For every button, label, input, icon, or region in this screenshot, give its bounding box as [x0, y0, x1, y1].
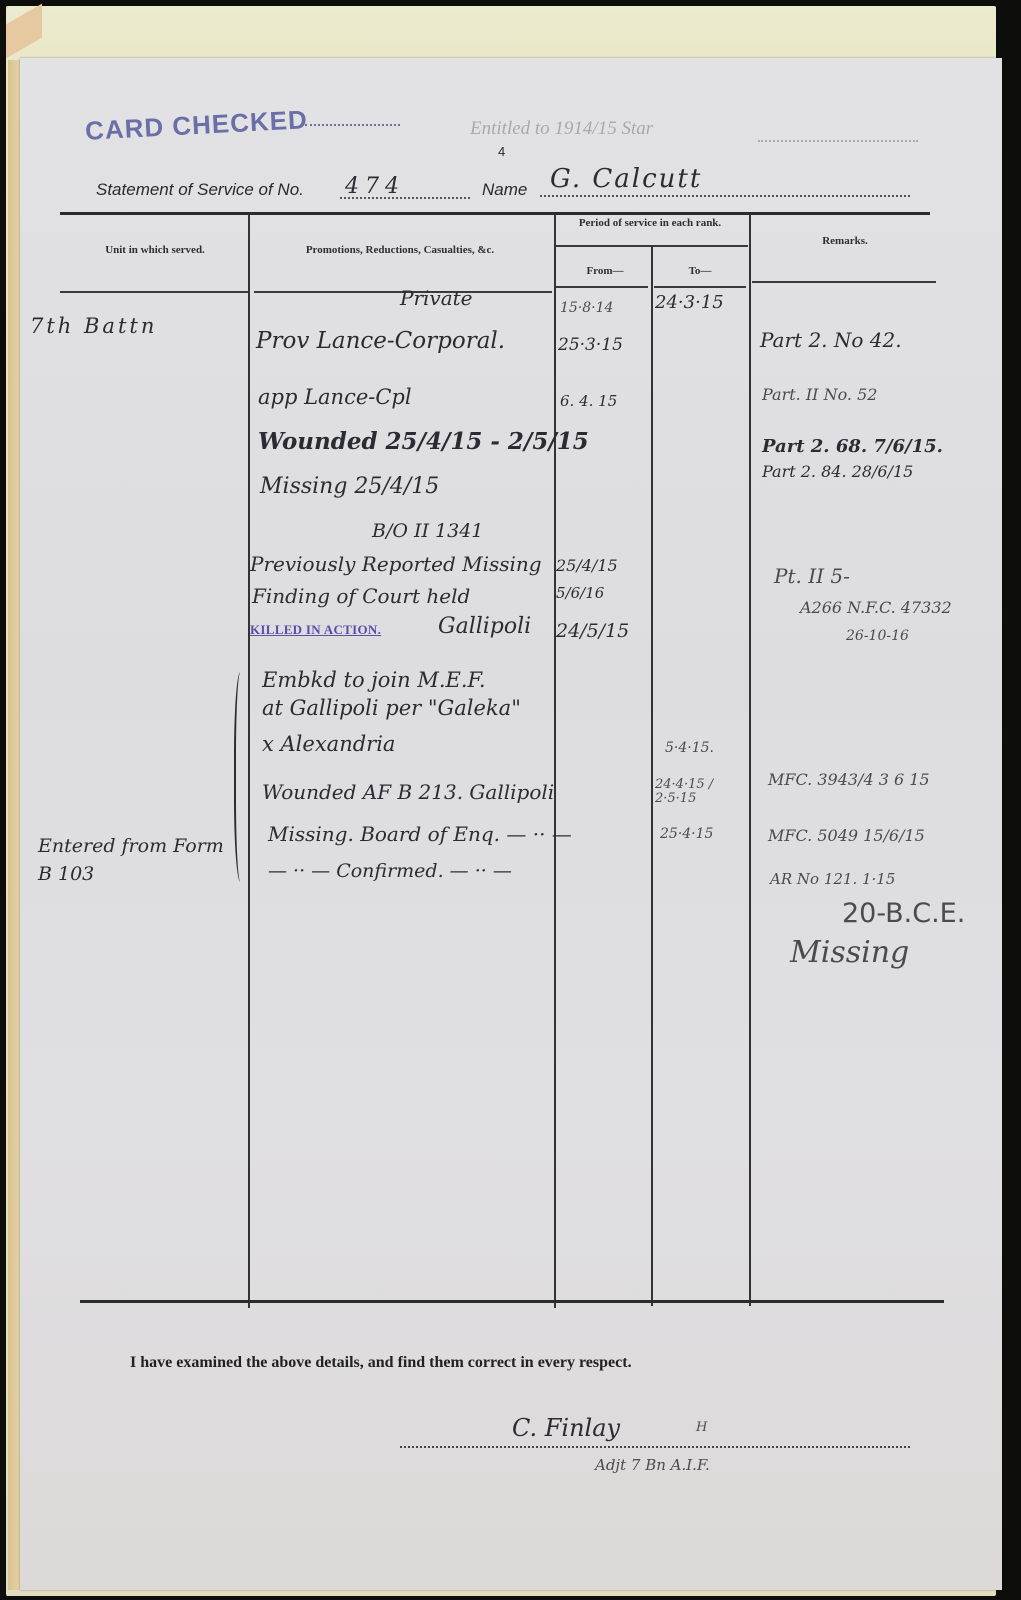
header-bottom-to [654, 286, 746, 288]
remark-ar-no121: AR No 121. 1·15 [770, 870, 895, 888]
col-promotions: Promotions, Reductions, Casualties, &c. [255, 244, 545, 256]
from-app-lance: 6. 4. 15 [560, 392, 617, 410]
entry-confirmed: — ·· — Confirmed. — ·· — [268, 860, 512, 882]
header-bottom-from [556, 286, 648, 288]
entry-at-gallipoli: at Gallipoli per "Galeka" [262, 696, 521, 720]
annotation-bce: 20-B.C.E. [842, 898, 965, 929]
signature-title: Adjt 7 Bn A.I.F. [595, 1456, 710, 1474]
entry-previously-reported: Previously Reported Missing [250, 552, 542, 576]
entry-app-lance-cpl: app Lance-Cpl [258, 385, 412, 409]
service-number-line [340, 197, 470, 199]
from-finding: 5/6/16 [556, 584, 604, 602]
signature-mark: H [696, 1420, 707, 1435]
col-divider-2 [554, 214, 556, 1308]
entitled-label: Entitled to 1914/15 Star [470, 118, 653, 140]
killed-in-action-stamp: KILLED IN ACTION. [250, 622, 381, 638]
header-bottom-left [60, 291, 248, 293]
statement-label: Statement of Service of No. [96, 180, 304, 200]
annotation-missing: Missing [790, 935, 909, 970]
entry-alexandria: x Alexandria [262, 732, 395, 756]
soldier-name: G. Calcutt [550, 164, 702, 194]
card-checked-line [305, 124, 400, 126]
col-remarks: Remarks. [755, 235, 935, 247]
entry-gallipoli: Gallipoli [438, 614, 531, 639]
page-marker: 4 [498, 144, 505, 159]
remark-pt-ii: Pt. II 5- [774, 564, 850, 588]
name-line [540, 195, 910, 197]
from-gallipoli: 24/5/15 [556, 620, 629, 642]
unit-entered-from: Entered from Form B 103 [38, 832, 238, 888]
header-bottom-remarks [752, 281, 936, 283]
remark-part2-84: Part 2. 84. 28/6/15 [762, 462, 913, 481]
entry-missing-board: Missing. Board of Enq. — ·· — [268, 822, 572, 846]
remark-part2-no42: Part 2. No 42. [760, 328, 902, 352]
col-period: Period of service in each rank. [560, 217, 740, 230]
remark-nfc-47332: A266 N.F.C. 47332 [800, 598, 952, 617]
table-top-rule [60, 212, 930, 215]
remark-date-26-10-16: 26-10-16 [846, 628, 909, 644]
from-private: 15·8·14 [560, 300, 613, 316]
service-number: 474 [345, 174, 405, 199]
signature-line [400, 1446, 910, 1448]
signature: C. Finlay [512, 1414, 620, 1442]
remark-mfc-5049: MFC. 5049 15/6/15 [768, 826, 925, 845]
entry-private: Private [400, 286, 473, 310]
to-private: 24·3·15 [655, 292, 724, 313]
table-bottom-rule [80, 1300, 944, 1303]
to-alexandria: 5·4·15. [665, 740, 714, 756]
entry-bo-ref: B/O II 1341 [372, 520, 483, 542]
from-prov-lance: 25·3·15 [558, 335, 623, 355]
from-previously-reported: 25/4/15 [556, 556, 618, 575]
entry-embarked: Embkd to join M.E.F. [262, 668, 486, 692]
entry-wounded-af: Wounded AF B 213. Gallipoli [262, 780, 554, 804]
col-divider-3 [651, 246, 653, 1306]
col-from: From— [560, 265, 650, 277]
certification-text: I have examined the above details, and f… [130, 1354, 632, 1372]
remark-mfc-3943: MFC. 3943/4 3 6 15 [768, 770, 938, 790]
col-to: To— [655, 265, 745, 277]
remark-part-ii-52: Part. II No. 52 [762, 385, 877, 404]
remark-part2-68: Part 2. 68. 7/6/15. [762, 436, 943, 457]
entry-wounded: Wounded 25/4/15 - 2/5/15 [258, 428, 589, 455]
col-divider-4 [749, 214, 751, 1306]
unit-7th-battalion: 7th Battn [30, 314, 157, 338]
entry-prov-lance-corporal: Prov Lance-Corporal. [256, 328, 505, 354]
col-unit: Unit in which served. [70, 244, 240, 256]
entry-missing: Missing 25/4/15 [260, 474, 439, 499]
to-missing-board: 25·4·15 [660, 826, 713, 842]
entry-finding-of-court: Finding of Court held [252, 584, 470, 608]
name-label: Name [482, 180, 527, 200]
entitled-line [758, 140, 918, 142]
to-wounded-af: 24·4·15 / 2·5·15 [655, 778, 755, 806]
bracket [234, 672, 250, 882]
